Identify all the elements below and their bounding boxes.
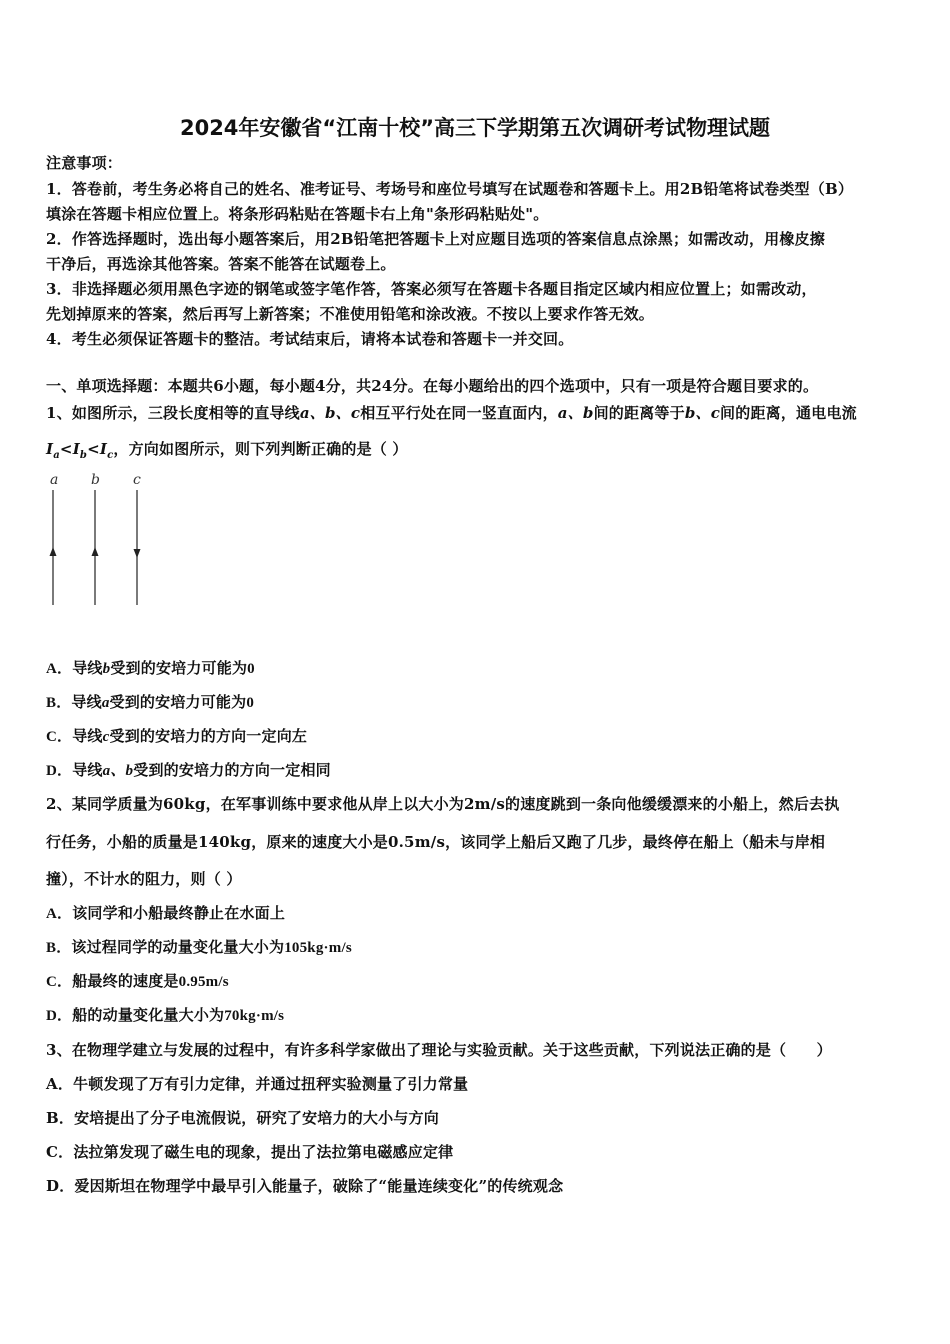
question-2-option-b[interactable]: B．该过程同学的动量变化量大小为105kg·m/s	[46, 936, 352, 957]
stem-text: 相互平行处在同一竖直面内，	[360, 404, 558, 422]
arrow-up-icon	[50, 547, 57, 556]
notice-line: 3．非选择题必须用黑色字迹的钢笔或签字笔作答，答案必须写在答题卡各题目指定区域内…	[46, 278, 817, 299]
arrow-up-icon	[92, 547, 99, 556]
notice-heading: 注意事项：	[46, 152, 122, 173]
option-text: 导线	[72, 729, 102, 745]
option-text: 法拉第发现了磁生电的现象，提出了法拉第电磁感应定律	[73, 1143, 453, 1161]
option-text: 爱因斯坦在物理学中最早引入能量子，破除了“能量连续变化”的传统观念	[74, 1177, 563, 1195]
option-label: D．	[46, 763, 72, 779]
option-label: A．	[46, 1075, 73, 1093]
option-label: A．	[46, 661, 72, 677]
question-1-option-c[interactable]: C．导线c受到的安培力的方向一定向左	[46, 725, 307, 746]
option-label: C．	[46, 974, 72, 990]
option-text: 导线	[72, 763, 102, 779]
notice-line: 2．作答选择题时，选出每小题答案后，用2B铅笔把答题卡上对应题目选项的答案信息点…	[46, 228, 825, 249]
less-than: <	[60, 440, 73, 458]
option-text: 该过程同学的动量变化量大小为105kg·m/s	[71, 940, 351, 956]
notice-line: 4．考生必须保证答题卡的整洁。考试结束后，请将本试卷和答题卡一并交回。	[46, 328, 573, 349]
question-1-stem-line1: 1、如图所示，三段长度相等的直导线a、b、c相互平行处在同一竖直面内，a、b间的…	[46, 402, 857, 423]
option-text: 受到的安培力的方向一定相同	[133, 763, 331, 779]
stem-var: b、c	[685, 404, 720, 422]
stem-text: 间的距离等于	[594, 404, 685, 422]
exam-title: 2024年安徽省“江南十校”高三下学期第五次调研考试物理试题	[0, 112, 950, 142]
question-2-stem-line: 2、某同学质量为60kg，在军事训练中要求他从岸上以大小为2m/s的速度跳到一条…	[46, 793, 839, 814]
wire-label-b: b	[91, 472, 100, 488]
stem-text: 1、如图所示，三段长度相等的直导线	[46, 404, 300, 422]
option-text: 船最终的速度是0.95m/s	[72, 974, 229, 990]
wire-label-c: c	[133, 472, 141, 488]
notice-line: 1．答卷前，考生务必将自己的姓名、准考证号、考场号和座位号填写在试题卷和答题卡上…	[46, 178, 853, 199]
option-text: 受到的安培力可能为0	[110, 695, 255, 711]
stem-var: a、b、c	[300, 404, 360, 422]
question-3-option-a[interactable]: A．牛顿发现了万有引力定律，并通过扭秤实验测量了引力常量	[46, 1073, 468, 1094]
option-text: 受到的安培力可能为0	[110, 661, 255, 677]
option-label: C．	[46, 1143, 73, 1161]
stem-var: a、b	[558, 404, 594, 422]
question-2-option-a[interactable]: A．该同学和小船最终静止在水面上	[46, 902, 285, 923]
current-symbol: I	[73, 440, 80, 458]
question-3-option-d[interactable]: D．爱因斯坦在物理学中最早引入能量子，破除了“能量连续变化”的传统观念	[46, 1175, 563, 1196]
option-label: A．	[46, 906, 72, 922]
notice-line: 先划掉原来的答案，然后再写上新答案；不准使用铅笔和涂改液。不按以上要求作答无效。	[46, 303, 654, 324]
arrow-down-icon	[134, 549, 141, 558]
option-label: B．	[46, 695, 71, 711]
option-text: 船的动量变化量大小为70kg·m/s	[72, 1008, 284, 1024]
option-var: a、b	[103, 763, 134, 779]
stem-text: 间的距离，通电电流	[720, 404, 857, 422]
question-3-stem: 3、在物理学建立与发展的过程中，有许多科学家做出了理论与实验贡献。关于这些贡献，…	[46, 1039, 832, 1060]
question-2-option-d[interactable]: D．船的动量变化量大小为70kg·m/s	[46, 1004, 284, 1025]
option-text: 受到的安培力的方向一定向左	[110, 729, 308, 745]
option-text: 导线	[71, 695, 101, 711]
question-3-option-b[interactable]: B．安培提出了分子电流假说，研究了安培力的大小与方向	[46, 1107, 439, 1128]
option-text: 该同学和小船最终静止在水面上	[72, 906, 285, 922]
option-text: 导线	[72, 661, 102, 677]
question-1-option-a[interactable]: A．导线b受到的安培力可能为0	[46, 657, 255, 678]
wire-label-a: a	[50, 472, 58, 488]
question-1-option-d[interactable]: D．导线a、b受到的安培力的方向一定相同	[46, 759, 331, 780]
question-3-option-c[interactable]: C．法拉第发现了磁生电的现象，提出了法拉第电磁感应定律	[46, 1141, 453, 1162]
subscript: a	[53, 450, 60, 461]
notice-line: 干净后，再选涂其他答案。答案不能答在试题卷上。	[46, 253, 396, 274]
question-2-stem-line: 行任务，小船的质量是140kg，原来的速度大小是0.5m/s，该同学上船后又跑了…	[46, 831, 825, 852]
option-text: 牛顿发现了万有引力定律，并通过扭秤实验测量了引力常量	[73, 1075, 468, 1093]
less-than: <	[87, 440, 100, 458]
stem-text: ，方向如图所示，则下列判断正确的是（ ）	[113, 440, 407, 458]
question-2-option-c[interactable]: C．船最终的速度是0.95m/s	[46, 970, 229, 991]
option-label: B．	[46, 940, 71, 956]
question-1-stem-line2: Ia<Ib<Ic，方向如图所示，则下列判断正确的是（ ）	[46, 438, 408, 461]
section-heading: 一、单项选择题：本题共6小题，每小题4分，共24分。在每小题给出的四个选项中，只…	[46, 375, 818, 396]
option-label: C．	[46, 729, 72, 745]
question-2-stem-line: 撞），不计水的阻力，则（ ）	[46, 868, 242, 889]
question-1-option-b[interactable]: B．导线a受到的安培力可能为0	[46, 691, 254, 712]
option-var: c	[103, 729, 110, 745]
option-var: a	[102, 695, 110, 711]
option-label: B．	[46, 1109, 74, 1127]
wires-figure: a b c	[40, 465, 200, 615]
option-label: D．	[46, 1177, 74, 1195]
option-text: 安培提出了分子电流假说，研究了安培力的大小与方向	[74, 1109, 439, 1127]
option-label: D．	[46, 1008, 72, 1024]
notice-line: 填涂在答题卡相应位置上。将条形码粘贴在答题卡右上角"条形码粘贴处"。	[46, 203, 548, 224]
